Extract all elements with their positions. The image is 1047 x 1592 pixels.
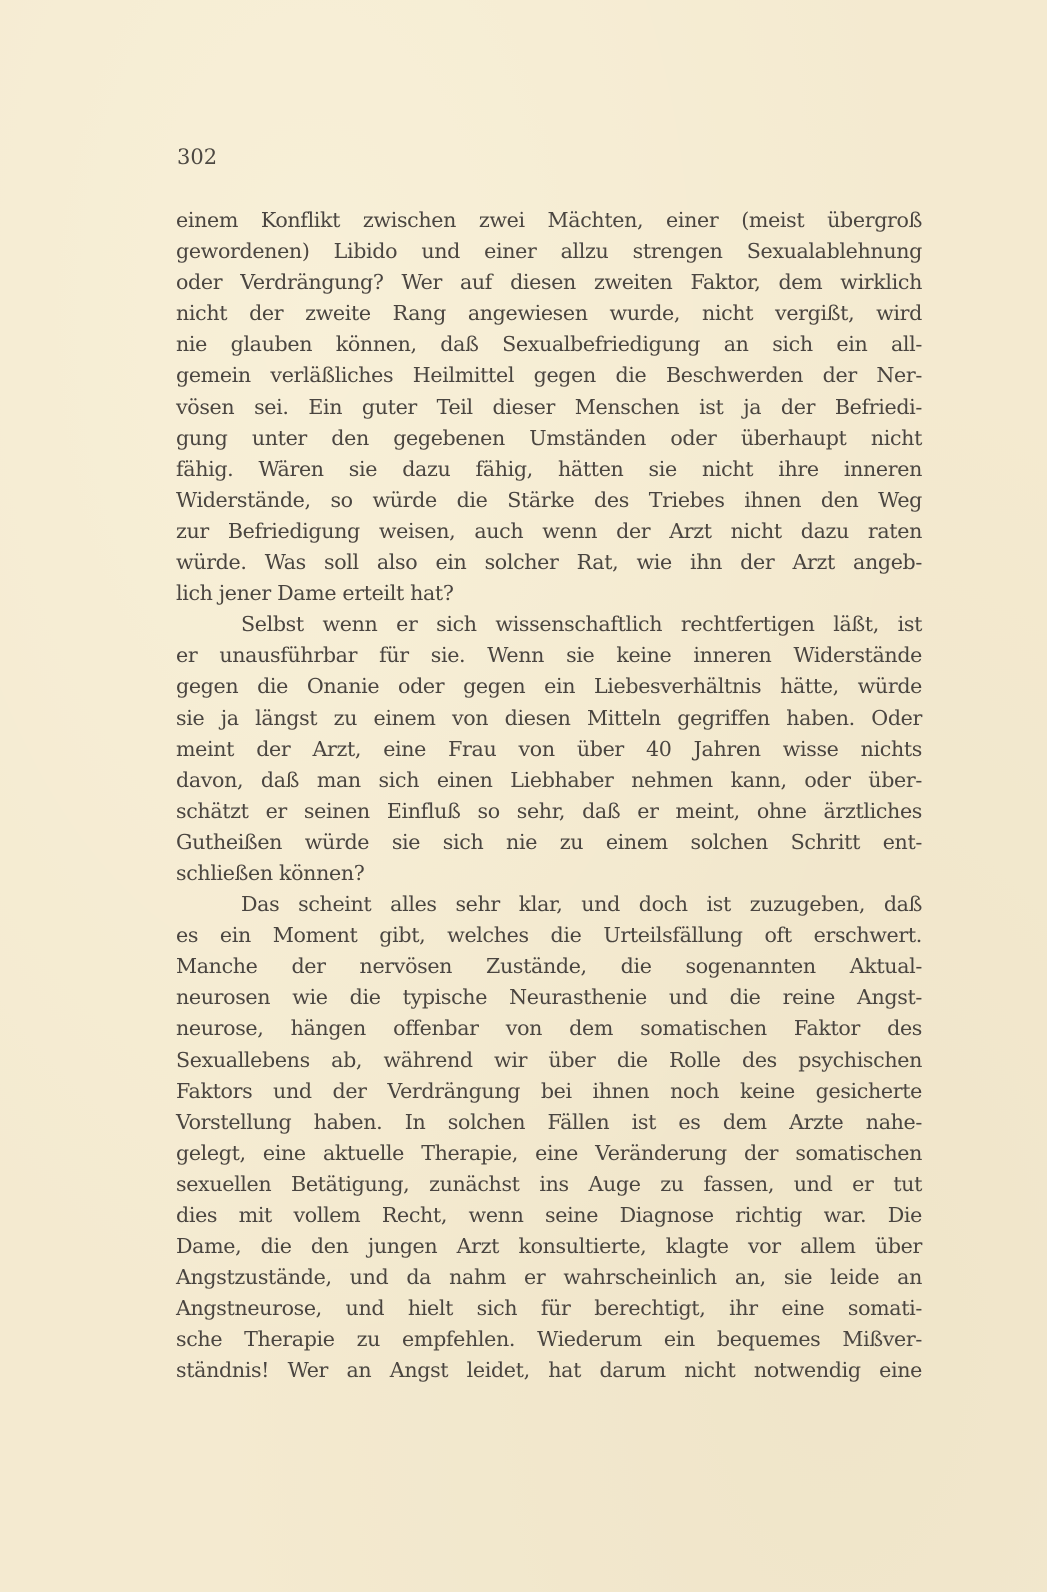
text-line: vösen sei. Ein guter Teil dieser Mensche… [176,392,922,423]
text-line: Angstzustände, und da nahm er wahrschein… [176,1262,922,1293]
text-line: meint der Arzt, eine Frau von über 40 Ja… [176,734,922,765]
text-line: Faktors und der Verdrängung bei ihnen no… [176,1076,922,1107]
text-line: Widerstände, so würde die Stärke des Tri… [176,485,922,516]
text-line: dies mit vollem Recht, wenn seine Diagno… [176,1200,922,1231]
text-line: einem Konflikt zwischen zwei Mächten, ei… [176,205,922,236]
page-number: 302 [177,145,217,169]
book-page: 302 einem Konflikt zwischen zwei Mächten… [0,0,1047,1592]
text-line: Gutheißen würde sie sich nie zu einem so… [176,827,922,858]
text-line: würde. Was soll also ein solcher Rat, wi… [176,547,922,578]
text-line: gewordenen) Libido und einer allzu stren… [176,236,922,267]
text-line: gung unter den gegebenen Umständen oder … [176,423,922,454]
text-line: Vorstellung haben. In solchen Fällen ist… [176,1107,922,1138]
paragraph-end-line: schließen können? [176,858,922,889]
text-line: Sexuallebens ab, während wir über die Ro… [176,1045,922,1076]
text-line: fähig. Wären sie dazu fähig, hätten sie … [176,454,922,485]
paragraph-end-line: lich jener Dame erteilt hat? [176,578,922,609]
text-line: es ein Moment gibt, welches die Urteilsf… [176,920,922,951]
text-line: sche Therapie zu empfehlen. Wiederum ein… [176,1324,922,1355]
text-line: zur Befriedigung weisen, auch wenn der A… [176,516,922,547]
text-line: sie ja längst zu einem von diesen Mittel… [176,703,922,734]
text-line: Dame, die den jungen Arzt konsultierte, … [176,1231,922,1262]
text-line: nicht der zweite Rang angewiesen wurde, … [176,298,922,329]
text-line: nie glauben können, daß Sexualbefriedigu… [176,329,922,360]
text-line: gegen die Onanie oder gegen ein Liebesve… [176,671,922,702]
text-line: er unausführbar für sie. Wenn sie keine … [176,640,922,671]
text-line: sexuellen Betätigung, zunächst ins Auge … [176,1169,922,1200]
text-line: neurosen wie die typische Neurasthenie u… [176,982,922,1013]
text-line: schätzt er seinen Einfluß so sehr, daß e… [176,796,922,827]
text-line: davon, daß man sich einen Liebhaber nehm… [176,765,922,796]
text-line: gemein verläßliches Heilmittel gegen die… [176,360,922,391]
text-line: ständnis! Wer an Angst leidet, hat darum… [176,1355,922,1386]
paragraph-start-line: Selbst wenn er sich wissenschaftlich rec… [176,609,922,640]
text-line: Angstneurose, und hielt sich für berecht… [176,1293,922,1324]
text-line: neurose, hängen offenbar von dem somatis… [176,1013,922,1044]
text-line: Manche der nervösen Zustände, die sogena… [176,951,922,982]
paragraph-start-line: Das scheint alles sehr klar, und doch is… [176,889,922,920]
text-line: gelegt, eine aktuelle Therapie, eine Ver… [176,1138,922,1169]
text-line: oder Verdrängung? Wer auf diesen zweiten… [176,267,922,298]
body-text: einem Konflikt zwischen zwei Mächten, ei… [176,205,922,1387]
